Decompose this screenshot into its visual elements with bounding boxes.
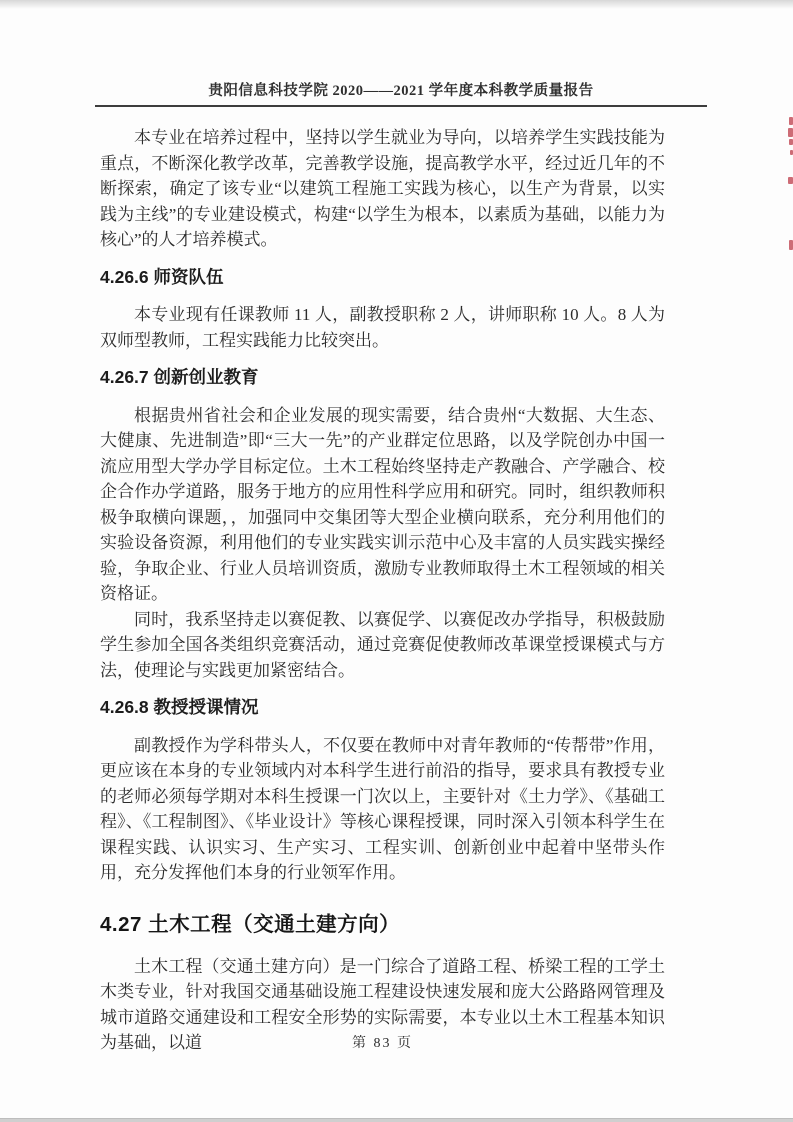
section-heading-4-26-6: 4.26.6 师资队伍 <box>100 265 665 291</box>
red-edge-mark <box>789 117 793 125</box>
section-heading-4-26-7: 4.26.7 创新创业教育 <box>100 365 665 391</box>
paragraph-professor-teaching: 副教授作为学科带头人，不仅要在教师中对青年教师的“传帮带”作用，更应该在本身的专… <box>100 733 665 886</box>
paragraph-intro: 本专业在培养过程中，坚持以学生就业为导向，以培养学生实践技能为重点，不断深化教学… <box>100 125 665 253</box>
scan-edge-bottom <box>0 1118 793 1122</box>
red-edge-mark <box>789 139 793 145</box>
paragraph-faculty: 本专业现有任课教师 11 人，副教授职称 2 人，讲师职称 10 人。8 人为双… <box>100 302 665 353</box>
red-edge-mark <box>788 177 793 184</box>
document-page: 贵阳信息科技学院 2020——2021 学年度本科教学质量报告 本专业在培养过程… <box>0 0 793 1122</box>
page-footer: 第 83 页 <box>100 1032 665 1052</box>
page-number: 第 83 页 <box>352 1036 413 1051</box>
paragraph-innovation-1: 根据贵州省社会和企业发展的现实需要，结合贵州“大数据、大生态、大健康、先进制造”… <box>100 403 665 607</box>
document-body: 本专业在培养过程中，坚持以学生就业为导向，以培养学生实践技能为重点，不断深化教学… <box>100 0 665 1056</box>
red-edge-mark <box>789 240 793 250</box>
red-edge-mark <box>788 128 793 137</box>
section-heading-4-27: 4.27 土木工程（交通土建方向） <box>100 910 665 940</box>
section-heading-4-26-8: 4.26.8 教授授课情况 <box>100 695 665 721</box>
paragraph-innovation-2: 同时，我系坚持走以赛促教、以赛促学、以赛促改办学指导，积极鼓励学生参加全国各类组… <box>100 607 665 684</box>
red-edge-marks <box>785 0 793 1122</box>
